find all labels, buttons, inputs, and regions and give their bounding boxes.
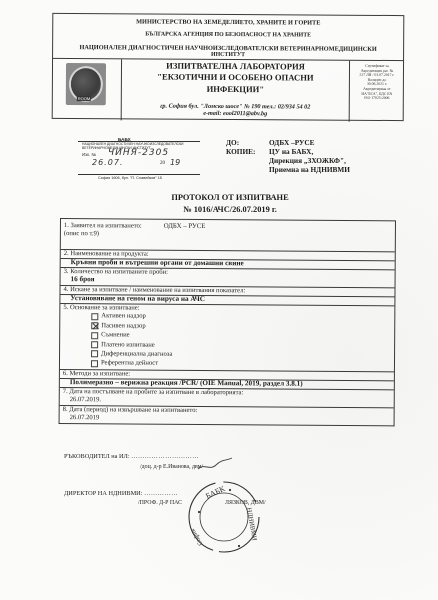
protocol-title: ПРОТОКОЛ ОТ ИЗПИТВАНЕ <box>60 193 400 202</box>
official-round-seal-icon: БАБК НДНИВМИ София <box>185 478 263 556</box>
registration-date: 26.07. <box>92 158 123 167</box>
lab-email: e-mail: eool2011@abv.bg <box>122 109 349 117</box>
lab-logo-icon: ROOM <box>66 63 106 105</box>
agency-name: БЪЛГАРСКА АГЕНЦИЯ ПО БЕЗОПАСНОСТ НА ХРАН… <box>53 32 403 40</box>
checkbox-reference-activity[interactable]: Референтна дейност <box>91 359 394 371</box>
letterhead: МИНИСТЕРСТВО НА ЗЕМЕДЕЛИЕТО, ХРАНИТЕ И Г… <box>52 13 405 121</box>
to-label: ДО: <box>226 138 268 147</box>
protocol-form-table: 1. Заявител на изпитването:ОДБХ – РУСЕ (… <box>59 218 396 426</box>
checked-checkbox-icon[interactable] <box>91 322 98 329</box>
basis-row: 5. Основание за изпитване: Активен надзо… <box>60 303 394 371</box>
copy-recipient: Приемна на НДНИВМИ <box>269 165 399 174</box>
checkbox-icon[interactable] <box>91 332 98 339</box>
test-date-row: 8. Дата (период) на извършване на изпитв… <box>60 405 394 425</box>
handwritten-signature-icon <box>168 455 238 475</box>
logo-cell: ROOM <box>52 59 122 120</box>
applicant-row: 1. Заявител на изпитването:ОДБХ – РУСЕ (… <box>61 218 395 251</box>
copy-recipient: Дирекция „ЗХОЖКФ", <box>269 156 399 165</box>
quantity-value: 16 броя <box>64 276 395 286</box>
lab-address: гр. София бул. "Ломско шосе" № 190 тел.:… <box>122 102 349 117</box>
applicant-value: ОДБХ – РУСЕ <box>164 223 206 230</box>
basis-checkbox-list: Активен надзор Пасивен надзор Съмнение П… <box>63 312 394 371</box>
copies-label: КОПИЕ: <box>226 147 268 156</box>
receipt-date-value: 26.07.2019. <box>63 396 394 406</box>
lab-title-cell: ИЗПИТВАТЕЛНА ЛАБОРАТОРИЯ "ЕКЗОТИЧНИ И ОС… <box>122 59 350 121</box>
lab-title-1: ИЗПИТВАТЕЛНА ЛАБОРАТОРИЯ <box>122 61 349 72</box>
quantity-row: 3. Количество на изпитваните проби: 16 б… <box>61 267 395 287</box>
checkbox-icon[interactable] <box>91 313 98 320</box>
protocol-number: № 1016/АЧС/26.07.2019 г. <box>60 205 400 214</box>
to-recipient: ОДБХ –РУСЕ <box>269 138 399 147</box>
lab-title-2: "ЕКЗОТИЧНИ И ОСОБЕНО ОПАСНИ <box>122 73 349 84</box>
checkbox-icon[interactable] <box>91 341 98 348</box>
test-date-value: 26.07.2019 <box>63 414 394 424</box>
outgoing-registration-stamp: БАБХ НАЦИОНАЛЕН ДИАГНОСТИЧЕН НАУЧНОИЗСЛЕ… <box>78 137 200 181</box>
checkbox-icon[interactable] <box>91 360 98 367</box>
receipt-date-row: 7. Дата на постъпване на пробите за изпи… <box>60 387 394 407</box>
registration-number: ЧИНЯ-2305 <box>108 148 169 158</box>
lab-header-row: ROOM ИЗПИТВАТЕЛНА ЛАБОРАТОРИЯ "ЕКЗОТИЧНИ… <box>52 58 404 122</box>
director-signature-line: ДИРЕКТОР НА НДНИВМИ: …………… <box>64 490 178 497</box>
accreditation-cell: Сертификат за Акредитация рег. № 227 ЛИ … <box>350 61 404 122</box>
svg-text:София: София <box>189 527 204 546</box>
copy-recipient: ЦУ на БАБХ, <box>269 147 399 156</box>
ministry-name: МИНИСТЕРСТВО НА ЗЕМЕДЕЛИЕТО, ХРАНИТЕ И Г… <box>53 19 403 27</box>
checkbox-icon[interactable] <box>91 351 98 358</box>
document-page: МИНИСТЕРСТВО НА ЗЕМЕДЕЛИЕТО, ХРАНИТЕ И Г… <box>0 0 438 600</box>
lab-title-3: ИНФЕКЦИИ" <box>122 84 349 95</box>
